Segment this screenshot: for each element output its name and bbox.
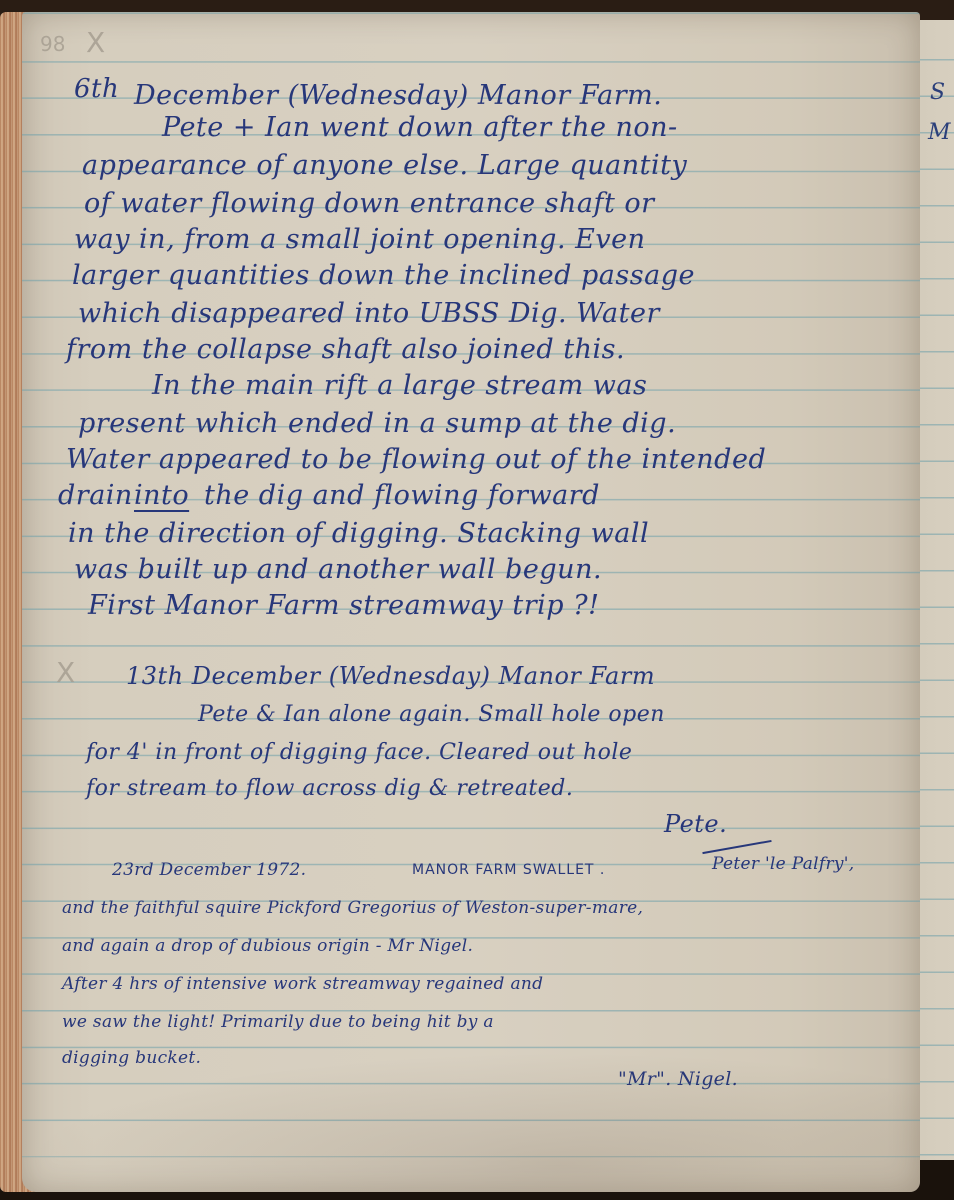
entry-line: and again a drop of dubious origin - Mr … [62,936,473,956]
entry-header: December (Wednesday) Manor Farm. [134,80,662,111]
entry-line: First Manor Farm streamway trip ?! [88,590,599,621]
entry-line: the dig and flowing forward [204,480,600,511]
entry-line: appearance of anyone else. Large quantit… [82,150,687,181]
entry-line: of water flowing down entrance shaft or [84,188,655,219]
entry-line: we saw the light! Primarily due to being… [62,1012,494,1032]
facing-page-glyph: S [930,80,945,105]
entry-line: for 4' in front of digging face. Cleared… [86,740,632,765]
entry-line: and the faithful squire Pickford Gregori… [62,898,643,918]
entry-line: way in, from a small joint opening. Even [74,224,645,255]
facing-page-glyph: M [928,120,951,145]
entry-line: was built up and another wall begun. [74,554,602,585]
entry-line: Pete + Ian went down after the non- [162,112,678,143]
page-number: 98 [40,32,65,56]
signature: "Mr". Nigel. [618,1068,738,1090]
entry-line: digging bucket. [62,1048,201,1068]
entry-line: Water appeared to be flowing out of the … [66,444,766,475]
margin-mark: X [56,656,75,689]
entry-line: drain [58,480,133,511]
notebook-page: 98 X 6th December (Wednesday) Manor Farm… [22,12,920,1192]
entry-line: in the direction of digging. Stacking wa… [68,518,649,549]
entry-line: which disappeared into UBSS Dig. Water [78,298,660,329]
entry-line: present which ended in a sump at the dig… [78,408,676,439]
entry-header: 13th December (Wednesday) Manor Farm [126,662,655,690]
entry-line: In the main rift a large stream was [152,370,647,401]
entry-date-day: 6th [74,74,119,104]
entry-location: MANOR FARM SWALLET . [412,862,605,878]
entry-emphasis: into [134,480,189,511]
entry-line: After 4 hrs of intensive work streamway … [62,974,543,994]
entry-line: Peter 'le Palfry', [712,854,854,874]
entry-line: for stream to flow across dig & retreate… [86,776,573,801]
entry-line: Pete & Ian alone again. Small hole open [198,702,665,727]
entry-line: from the collapse shaft also joined this… [66,334,625,365]
entry-date: 23rd December 1972. [112,860,306,880]
signature: Pete. [664,810,727,838]
margin-mark: X [86,26,105,59]
ruled-lines [914,20,954,1160]
entry-line: larger quantities down the inclined pass… [72,260,695,291]
